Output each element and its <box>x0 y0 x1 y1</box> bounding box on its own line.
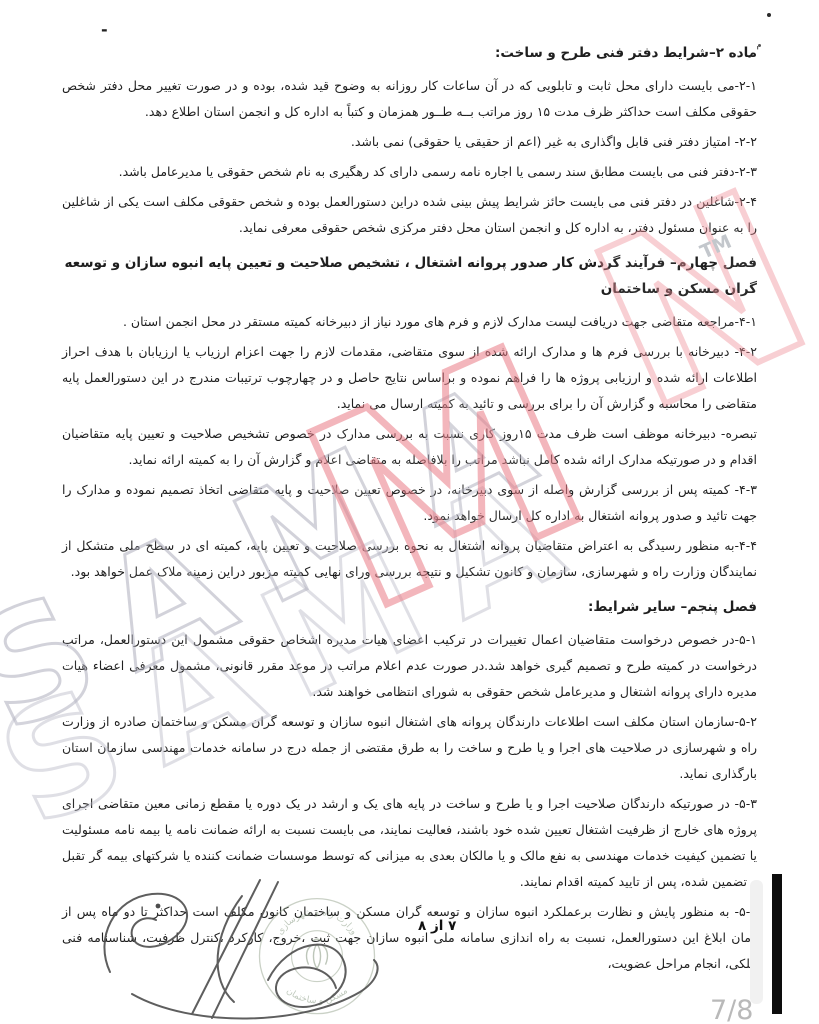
chapter-5-heading: فصل پنجم– سایر شرایط: <box>62 594 757 620</box>
clause-2-1: ۲-۱-می بایست دارای محل ثابت و تابلویی که… <box>62 73 757 125</box>
scan-bar-black <box>772 874 782 1014</box>
scanned-document-page: - ' ماده ۲–شرایط دفتر فنی طرح و ساخت: ۲-… <box>0 0 819 1024</box>
document-body: ماده ۲–شرایط دفتر فنی طرح و ساخت: ۲-۱-می… <box>62 40 757 981</box>
chapter-4-heading: فصل چهارم– فرآیند گردش کار صدور پروانه ا… <box>62 250 757 302</box>
clause-2-4: ۲-۴-شاغلین در دفتر فنی می بایست حائز شرا… <box>62 189 757 241</box>
clause-4-3: ۴-۳- کمیته پس از بررسی گزارش واصله از سو… <box>62 477 757 529</box>
clause-5-1: ۵-۱-در خصوص درخواست متقاضیان اعمال تغییر… <box>62 627 757 705</box>
clause-2-3: ۲-۳-دفتر فنی می بایست مطابق سند رسمی یا … <box>62 159 757 185</box>
clause-2-2: ۲-۲- امتیاز دفتر فنی قابل واگذاری به غیر… <box>62 129 757 155</box>
clause-4-2: ۴-۲- دبیرخانه با بررسی فرم ها و مدارک ار… <box>62 339 757 417</box>
clause-5-2: ۵-۲-سازمان استان مکلف است اطلاعات دارندگ… <box>62 709 757 787</box>
scan-speck <box>767 13 771 17</box>
clause-4-note: تبصره- دبیرخانه موظف است ظرف مدت ۱۵روز ک… <box>62 421 757 473</box>
clause-4-1: ۴-۱-مراجعه متقاضی جهت دریافت لیست مدارک … <box>62 309 757 335</box>
scan-strip-light <box>750 880 763 1004</box>
clause-4-4: ۴-۴-به منظور رسیدگی به اعتراض متقاضیان پ… <box>62 533 757 585</box>
scan-speck <box>758 44 761 47</box>
corner-page-number: 7/8 <box>710 995 753 1024</box>
page-indicator: ۷ از ۸ <box>418 918 456 934</box>
signature-scribble <box>92 876 432 1024</box>
top-dash-mark: - <box>101 20 108 39</box>
article-2-heading: ماده ۲–شرایط دفتر فنی طرح و ساخت: <box>62 40 757 66</box>
